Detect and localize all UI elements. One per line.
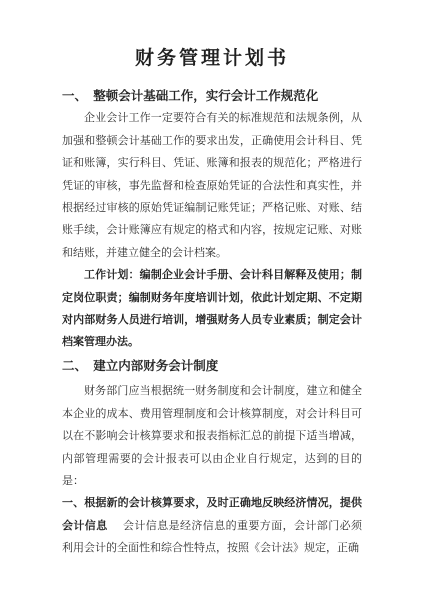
paragraph-2-work-plan: 工作计划：编制企业会计手册、会计科目解释及使用；制定岗位职责；编制财务年度培训计… (62, 264, 362, 354)
section-heading-2: 二、 建立内部财务会计制度 (62, 355, 362, 377)
paragraph-3: 财务部门应当根据统一财务制度和会计制度，建立和健全本企业的成本、费用管理制度和会… (62, 380, 362, 492)
paragraph-1: 企业会计工作一定要符合有关的标准规范和法规条例，从加强和整顿会计基础工作的要求出… (62, 107, 362, 264)
document-title: 财务管理计划书 (62, 46, 362, 72)
document-page: 财务管理计划书 一、 整顿会计基础工作，实行会计工作规范化企业会计工作一定要符合… (0, 0, 424, 600)
paragraph-4-item-1: 一、根据新的会计核算要求，及时正确地反映经济情况，提供会计信息会计信息是经济信息… (62, 492, 362, 559)
document-body: 一、 整顿会计基础工作，实行会计工作规范化企业会计工作一定要符合有关的标准规范和… (62, 85, 362, 560)
section-heading-1: 一、 整顿会计基础工作，实行会计工作规范化 (62, 85, 362, 107)
